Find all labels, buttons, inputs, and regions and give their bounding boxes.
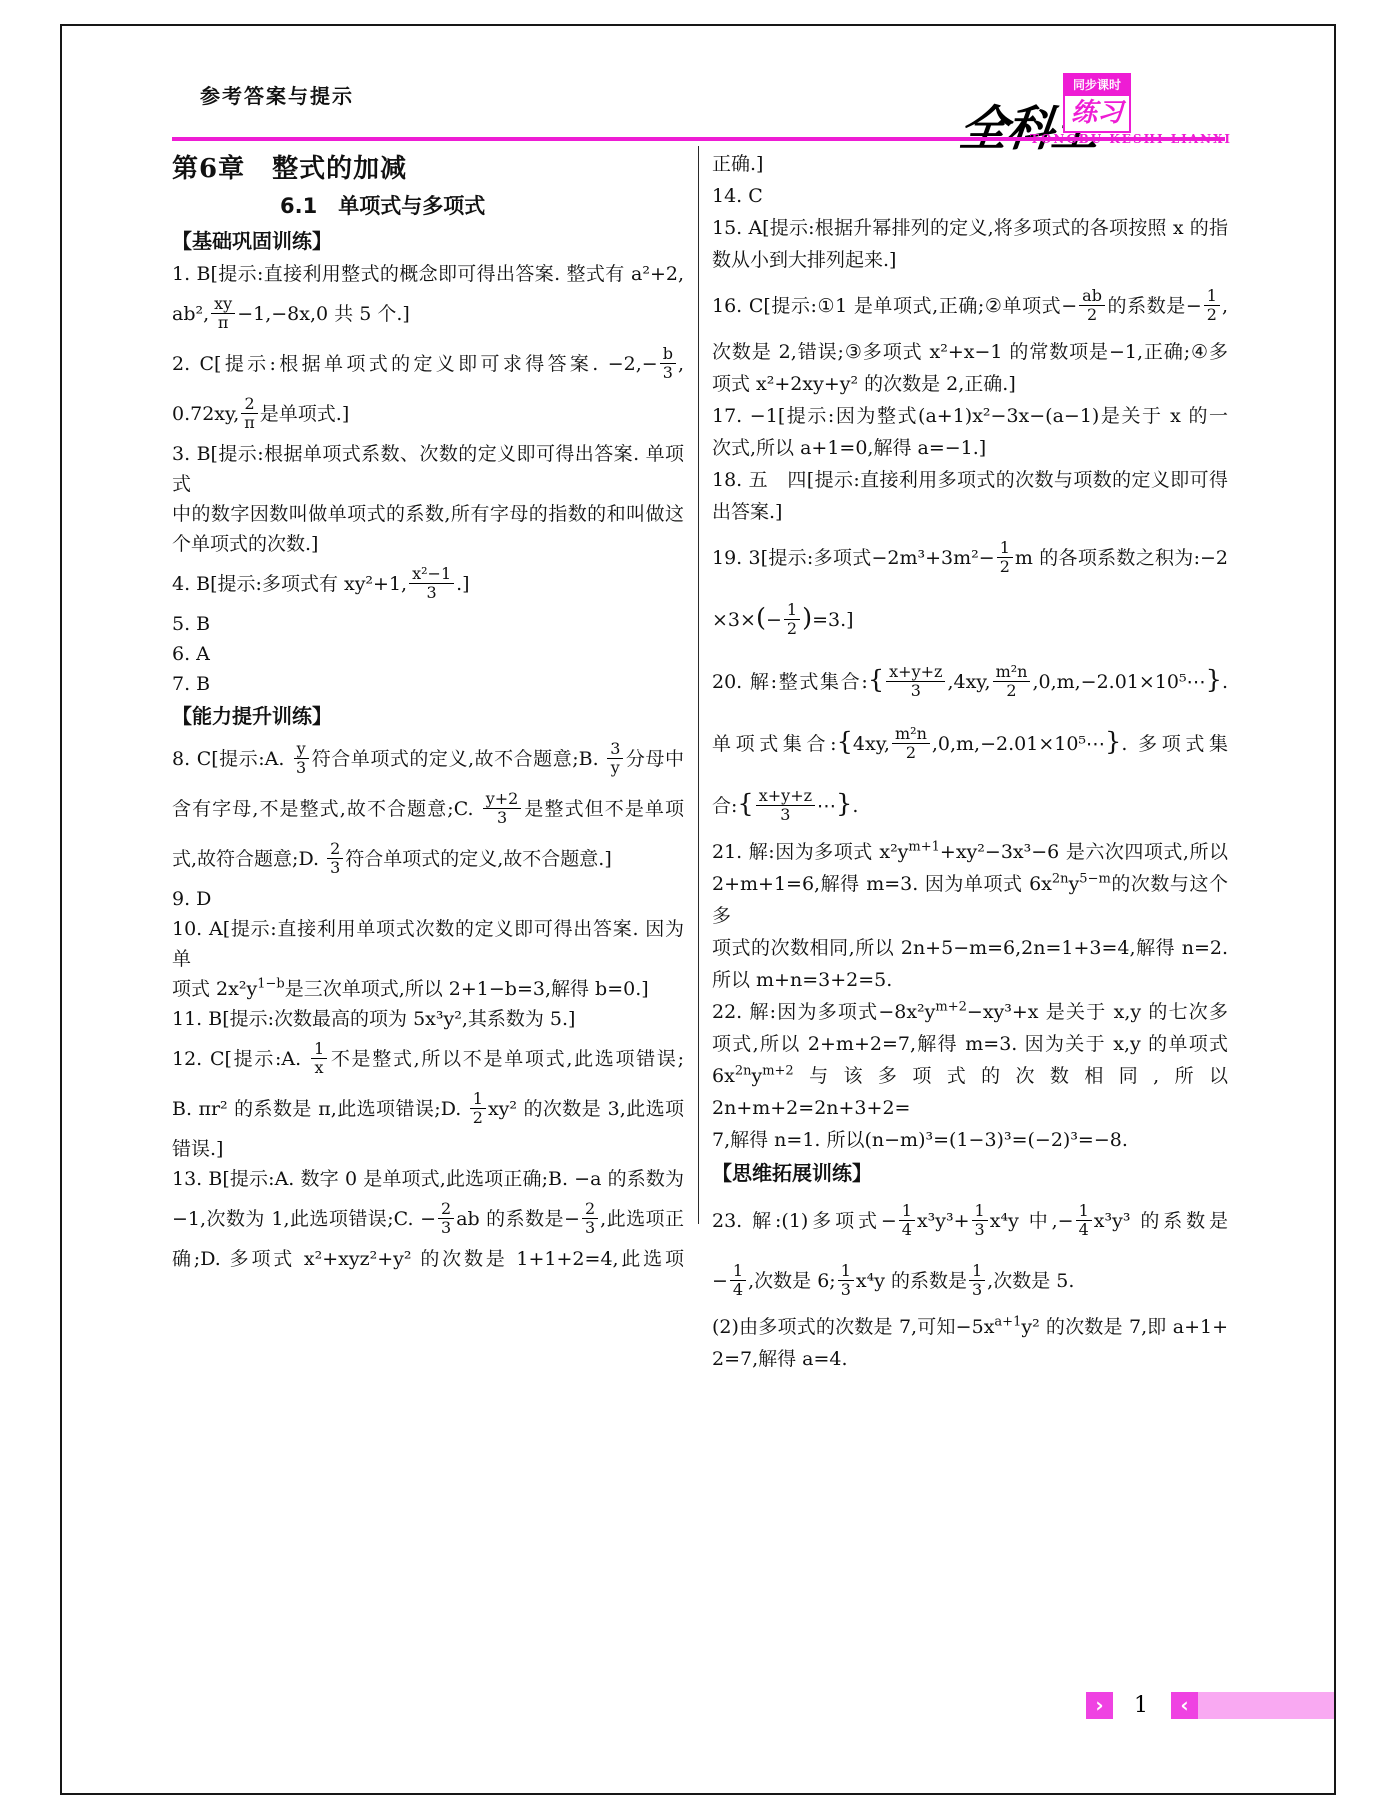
header-rule — [172, 137, 1225, 141]
superscript: 5−m — [1079, 872, 1111, 887]
answer-line: 2. C[提示:根据单项式的定义即可求得答案. −2,−b3, — [172, 339, 684, 389]
answer-line: −1,次数为 1,此选项错误;C. −23ab 的系数是−23,此选项正 — [172, 1194, 684, 1244]
answer-line: ab²,xyπ−1,−8x,0 共 5 个.] — [172, 289, 684, 339]
page-frame: 参考答案与提示 全科王 同步课时 练习 TONGBU KESHI LIANXI … — [60, 24, 1336, 1795]
answer-line: 式,故符合题意;D. 23符合单项式的定义,故不合题意.] — [172, 834, 684, 884]
answer-line: 5. B — [172, 609, 684, 639]
answer-line: 16. C[提示:①1 是单项式,正确;②单项式−ab2的系数是−12, — [712, 276, 1228, 336]
big-delimiter: { — [868, 665, 884, 695]
fraction: 14 — [899, 1202, 915, 1239]
superscript: m+1 — [908, 840, 940, 855]
big-delimiter: { — [737, 789, 753, 819]
answer-line: −14,次数是 6;13x⁴y 的系数是13,次数是 5. — [712, 1251, 1228, 1311]
answer-line: 13. B[提示:A. 数字 0 是单项式,此选项正确;B. −a 的系数为 — [172, 1164, 684, 1194]
fraction: 12 — [1204, 287, 1220, 324]
answer-line: 22. 解:因为多项式−8x²ym+2−xy³+x 是关于 x,y 的七次多 — [712, 996, 1228, 1028]
answer-line: 17. −1[提示:因为整式(a+1)x²−3x−(a−1)是关于 x 的一 — [712, 400, 1228, 432]
superscript: m+2 — [762, 1064, 794, 1079]
answer-line: 7. B — [172, 669, 684, 699]
chevron-left-icon: ‹ — [1180, 1693, 1188, 1717]
superscript: 2n — [735, 1064, 752, 1079]
training-section-heading: 【基础巩固训练】 — [172, 224, 684, 259]
fraction: 23 — [327, 840, 343, 877]
answer-line: (2)由多项式的次数是 7,可知−5xa+1y² 的次数是 7,即 a+1+ — [712, 1311, 1228, 1343]
left-answer-blocks: 【基础巩固训练】1. B[提示:直接利用整式的概念即可得出答案. 整式有 a²+… — [172, 224, 684, 1274]
answer-line: 7,解得 n=1. 所以(n−m)³=(1−3)³=(−2)³=−8. — [712, 1124, 1228, 1156]
fraction: m²n2 — [993, 663, 1031, 700]
next-page-button[interactable]: › — [1086, 1692, 1113, 1719]
big-delimiter: ( — [756, 603, 766, 633]
fraction: x²−13 — [409, 565, 454, 602]
column-divider — [698, 146, 699, 1224]
answer-line: 19. 3[提示:多项式−2m³+3m²−12m 的各项系数之积为:−2 — [712, 528, 1228, 588]
fraction: 3y — [607, 740, 623, 777]
answer-line: 出答案.] — [712, 496, 1228, 528]
answer-line: 确;D. 多项式 x²+xyz²+y² 的次数是 1+1+2=4,此选项 — [172, 1244, 684, 1274]
superscript: a+1 — [994, 1315, 1021, 1330]
logo-badge-top: 同步课时 — [1065, 75, 1129, 96]
prev-page-button[interactable]: ‹ — [1171, 1692, 1198, 1719]
answer-line: 0.72xy,2π是单项式.] — [172, 389, 684, 439]
answer-line: 2=7,解得 a=4. — [712, 1343, 1228, 1375]
logo-badge: 同步课时 练习 — [1063, 73, 1131, 133]
answer-line: 项式 x²+2xy+y² 的次数是 2,正确.] — [712, 368, 1228, 400]
section-title: 6.1 单项式与多项式 — [172, 190, 684, 222]
answer-line: 18. 五 四[提示:直接利用多项式的次数与项数的定义即可得 — [712, 464, 1228, 496]
fraction: y3 — [293, 740, 309, 777]
page-number: 1 — [1120, 1692, 1162, 1719]
answer-line: 所以 m+n=3+2=5. — [712, 964, 1228, 996]
right-answer-blocks: 正确.]14. C15. A[提示:根据升幂排列的定义,将多项式的各项按照 x … — [712, 148, 1228, 1375]
fraction: m²n2 — [892, 725, 930, 762]
answer-line: 个单项式的次数.] — [172, 529, 684, 559]
superscript: m+2 — [935, 1000, 967, 1015]
right-column: 正确.]14. C15. A[提示:根据升幂排列的定义,将多项式的各项按照 x … — [712, 148, 1228, 1375]
fraction: 12 — [997, 539, 1013, 576]
answer-line: 次数是 2,错误;③多项式 x²+x−1 的常数项是−1,正确;④多 — [712, 336, 1228, 368]
logo-badge-bottom: 练习 — [1065, 96, 1129, 131]
big-delimiter: } — [1206, 665, 1222, 695]
answer-line: 项式的次数相同,所以 2n+5−m=6,2n=1+3=4,解得 n=2. — [712, 932, 1228, 964]
answer-line: 2+m+1=6,解得 m=3. 因为单项式 6x2ny5−m的次数与这个多 — [712, 868, 1228, 932]
answer-line: 单项式集合:{4xy,m²n2,0,m,−2.01×10⁵⋯}. 多项式集 — [712, 712, 1228, 774]
fraction: 12 — [784, 601, 800, 638]
answer-line: 11. B[提示:次数最高的项为 5x³y²,其系数为 5.] — [172, 1004, 684, 1034]
fraction: x+y+z3 — [756, 787, 815, 824]
fraction: 13 — [972, 1202, 988, 1239]
fraction: ab2 — [1079, 287, 1105, 324]
answer-line: 含有字母,不是整式,故不合题意;C. y+23是整式但不是单项 — [172, 784, 684, 834]
pager-bar[interactable] — [1198, 1692, 1334, 1719]
answer-line: 3. B[提示:根据单项式系数、次数的定义即可得出答案. 单项式 — [172, 439, 684, 499]
answer-line: 9. D — [172, 884, 684, 914]
answer-line: 1. B[提示:直接利用整式的概念即可得出答案. 整式有 a²+2, — [172, 259, 684, 289]
answer-line: 6x2nym+2与该多项式的次数相同,所以 2n+m+2=2n+3+2= — [712, 1060, 1228, 1124]
fraction: 13 — [838, 1262, 854, 1299]
fraction: 14 — [1076, 1202, 1092, 1239]
chevron-right-icon: › — [1095, 1693, 1103, 1717]
answer-line: 12. C[提示:A. 1x不是整式,所以不是单项式,此选项错误; — [172, 1034, 684, 1084]
fraction: 23 — [582, 1200, 598, 1237]
fraction: x+y+z3 — [886, 663, 945, 700]
answer-line: B. πr² 的系数是 π,此选项错误;D. 12xy² 的次数是 3,此选项 — [172, 1084, 684, 1134]
answer-line: 8. C[提示:A. y3符合单项式的定义,故不合题意;B. 3y分母中 — [172, 734, 684, 784]
answer-line: 项式,所以 2+m+2=7,解得 m=3. 因为关于 x,y 的单项式 — [712, 1028, 1228, 1060]
fraction: 13 — [969, 1262, 985, 1299]
answer-line: 错误.] — [172, 1134, 684, 1164]
answer-line: 数从小到大排列起来.] — [712, 244, 1228, 276]
answer-line: 项式 2x²y1−b是三次单项式,所以 2+1−b=3,解得 b=0.] — [172, 974, 684, 1004]
big-delimiter: ) — [802, 603, 812, 633]
answer-line: 合:{x+y+z3⋯}. — [712, 774, 1228, 836]
big-delimiter: } — [1105, 727, 1121, 757]
left-column: 第6章 整式的加减 6.1 单项式与多项式 【基础巩固训练】1. B[提示:直接… — [172, 150, 684, 1274]
fraction: 14 — [730, 1262, 746, 1299]
answer-line: 4. B[提示:多项式有 xy²+1,x²−13.] — [172, 559, 684, 609]
chapter-title: 第6章 整式的加减 — [172, 150, 684, 188]
answer-line: 20. 解:整式集合:{x+y+z3,4xy,m²n2,0,m,−2.01×10… — [712, 650, 1228, 712]
fraction: xyπ — [211, 295, 235, 332]
answer-line: 21. 解:因为多项式 x²ym+1+xy²−3x³−6 是六次四项式,所以 — [712, 836, 1228, 868]
answer-line: 15. A[提示:根据升幂排列的定义,将多项式的各项按照 x 的指 — [712, 212, 1228, 244]
big-delimiter: } — [836, 789, 852, 819]
fraction: b3 — [660, 345, 676, 382]
answer-line: 23. 解:(1)多项式−14x³y³+13x⁴y 中,−14x³y³ 的系数是 — [712, 1191, 1228, 1251]
answer-line: 中的数字因数叫做单项式的系数,所有字母的指数的和叫做这 — [172, 499, 684, 529]
big-delimiter: { — [837, 727, 853, 757]
fraction: 23 — [438, 1200, 454, 1237]
answer-line: 14. C — [712, 180, 1228, 212]
page-header-title: 参考答案与提示 — [200, 80, 354, 109]
fraction: 1x — [311, 1040, 327, 1077]
superscript: 1−b — [257, 977, 285, 992]
superscript: 2n — [1052, 872, 1069, 887]
answer-line: 10. A[提示:直接利用单项式次数的定义即可得出答案. 因为单 — [172, 914, 684, 974]
answer-line: 次式,所以 a+1=0,解得 a=−1.] — [712, 432, 1228, 464]
training-section-heading: 【能力提升训练】 — [172, 699, 684, 734]
training-section-heading: 【思维拓展训练】 — [712, 1156, 1228, 1191]
answer-line: 正确.] — [712, 148, 1228, 180]
answer-line: 6. A — [172, 639, 684, 669]
fraction: y+23 — [483, 790, 522, 827]
fraction: 12 — [470, 1090, 486, 1127]
answer-line: ×3×(−12)=3.] — [712, 588, 1228, 650]
fraction: 2π — [241, 395, 258, 432]
